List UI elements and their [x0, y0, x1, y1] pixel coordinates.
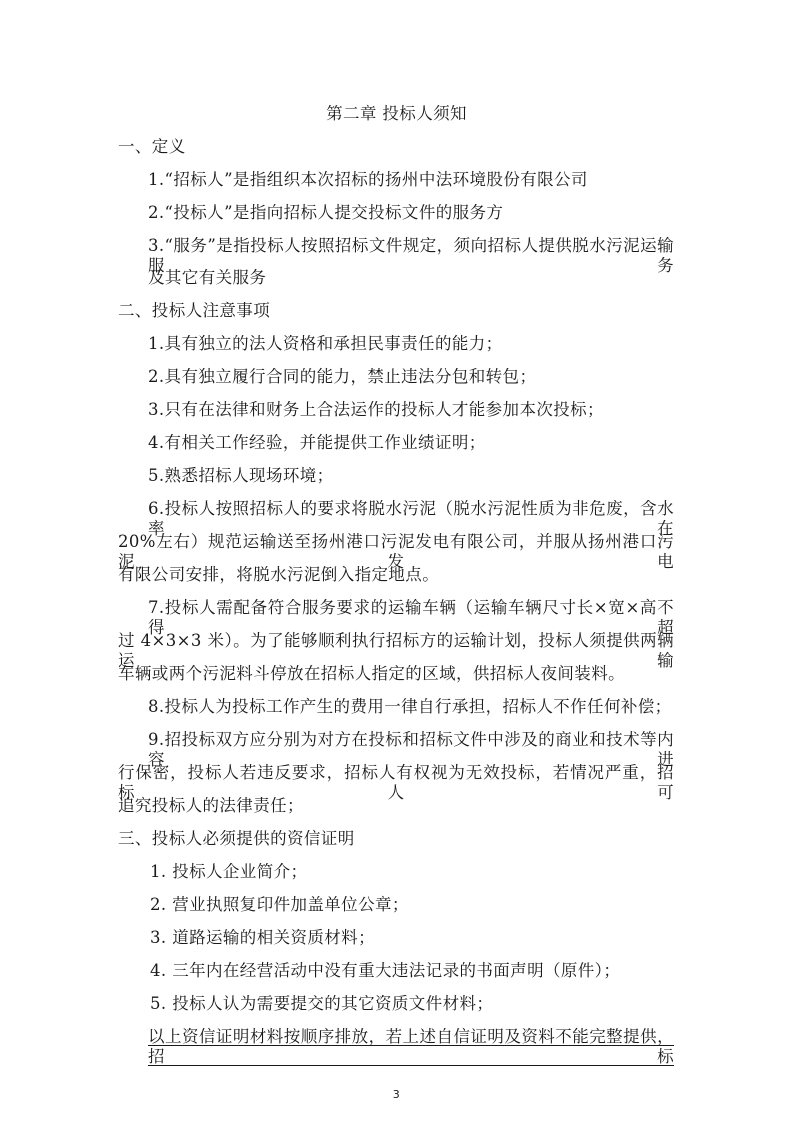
- credential-item: 2. 营业执照复印件加盖单位公章；: [150, 895, 409, 915]
- notice-item: 1.具有独立的法人资格和承担民事责任的能力；: [148, 334, 503, 354]
- definition-item-continued: 及其它有关服务: [148, 268, 266, 288]
- notice-item: 4.有相关工作经验，并能提供工作业绩证明；: [148, 433, 486, 453]
- section-heading-notices: 二、投标人注意事项: [118, 301, 270, 321]
- chapter-title: 第二章 投标人须知: [0, 104, 793, 124]
- page-number: 3: [0, 1085, 793, 1105]
- credential-item: 3. 道路运输的相关资质材料；: [150, 928, 375, 948]
- notice-item-continued: 追究投标人的法律责任；: [118, 796, 304, 816]
- credential-item: 5. 投标人认为需要提交的其它资质文件材料；: [150, 994, 493, 1014]
- notice-item: 8.投标人为投标工作产生的费用一律自行承担，招标人不作任何补偿；: [148, 697, 672, 717]
- section-heading-definitions: 一、定义: [118, 137, 186, 157]
- notice-item: 3.只有在法律和财务上合法运作的投标人才能参加本次投标；: [148, 400, 604, 420]
- notice-item-continued: 有限公司安排，将脱水污泥倒入指定地点。: [118, 565, 439, 585]
- credential-item: 4. 三年内在经营活动中没有重大违法记录的书面声明（原件）；: [150, 961, 620, 981]
- notice-item: 2.具有独立履行合同的能力，禁止违法分包和转包；: [148, 367, 536, 387]
- notice-item-continued: 车辆或两个污泥料斗停放在招标人指定的区域，供招标人夜间装料。: [118, 664, 625, 684]
- document-page: 第二章 投标人须知 一、定义 1.“招标人”是指组织本次招标的扬州中法环境股份有…: [0, 0, 793, 1122]
- section-heading-credentials: 三、投标人必须提供的资信证明: [118, 829, 355, 849]
- notice-item: 5.熟悉招标人现场环境；: [148, 466, 334, 486]
- definition-item: 1.“招标人”是指组织本次招标的扬州中法环境股份有限公司: [148, 170, 588, 190]
- credential-item: 1. 投标人企业简介；: [150, 862, 307, 882]
- definition-item: 2.“投标人”是指向招标人提交投标文件的服务方: [148, 203, 503, 223]
- credential-note-underlined: 以上资信证明材料按顺序排放，若上述自信证明及资料不能完整提供，招标: [148, 1027, 674, 1067]
